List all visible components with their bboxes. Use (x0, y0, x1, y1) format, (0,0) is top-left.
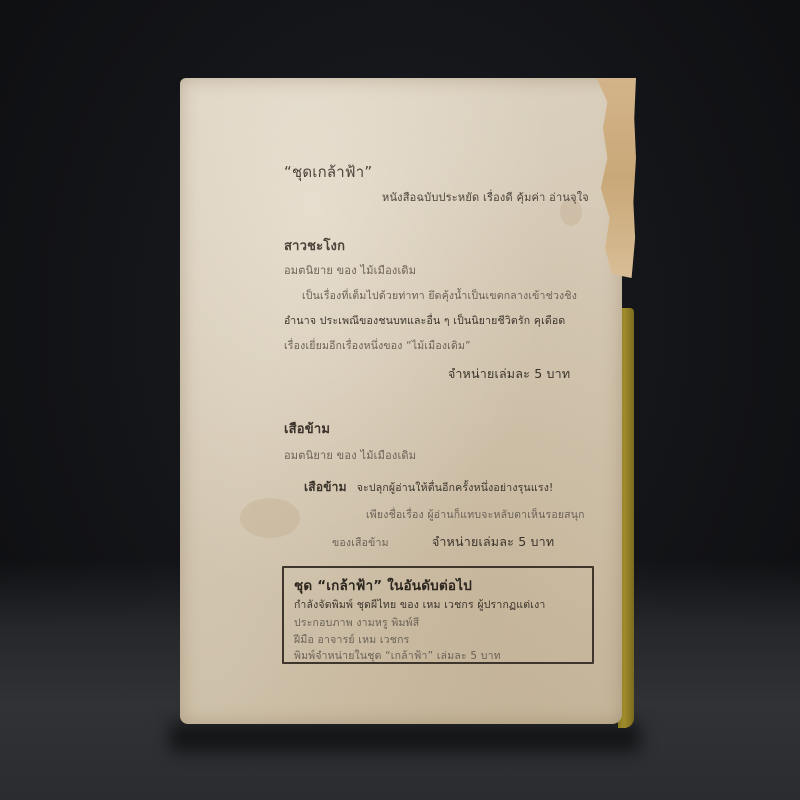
upcoming-line: ประกอบภาพ งามหรู พิมพ์สี (294, 614, 419, 631)
book-1-description-line: อำนาจ ประเพณีของชนบทและอื่น ๆ เป็นนิยายช… (284, 312, 565, 329)
book-2-description-text: จะปลุกผู้อ่านให้ตื่นอีกครั้งหนึ่งอย่างรุ… (357, 482, 554, 494)
book-2-description-line: ของเสือข้าม (332, 534, 389, 551)
upcoming-series-box: ชุด “เกล้าฟ้า” ในอันดับต่อไป กำลังจัดพิม… (282, 566, 594, 664)
book-2-title: เสือข้าม (284, 418, 330, 439)
upcoming-line: ฝีมือ อาจารย์ เหม เวชกร (294, 631, 409, 648)
book-1-description-line: เรื่องเยี่ยมอีกเรื่องหนึ่งของ “ไม้เมืองเ… (284, 337, 471, 354)
upcoming-line: พิมพ์จำหน่ายในชุด “เกล้าฟ้า” เล่มละ 5 บา… (294, 647, 501, 664)
upcoming-line: กำลังจัดพิมพ์ ชุดผีไทย ของ เหม เวชกร ผู้… (294, 596, 546, 613)
book-2-description-line: เสือข้ามจะปลุกผู้อ่านให้ตื่นอีกครั้งหนึ่… (304, 478, 553, 497)
book-1-description-line: เป็นเรื่องที่เต็มไปด้วยท่าทา ยึดคุ้งน้ำเ… (302, 287, 577, 304)
series-title: “ชุดเกล้าฟ้า” (284, 160, 372, 184)
back-cover: “ชุดเกล้าฟ้า” หนังสือฉบับประหยัด เรื่องด… (180, 78, 622, 724)
book-2-price: จำหน่ายเล่มละ 5 บาท (432, 532, 554, 552)
upcoming-title: ชุด “เกล้าฟ้า” ในอันดับต่อไป (294, 574, 472, 596)
book-2-author: อมตนิยาย ของ ไม้เมืองเดิม (284, 446, 416, 464)
book-1-title: สาวชะโงก (284, 235, 345, 256)
book-2-description-line: เพียงชื่อเรื่อง ผู้อ่านก็แทบจะหลับตาเห็น… (366, 506, 585, 523)
paper-stain (240, 498, 300, 538)
book-1-price: จำหน่ายเล่มละ 5 บาท (448, 364, 570, 384)
book-1-author: อมตนิยาย ของ ไม้เมืองเดิม (284, 261, 416, 279)
series-tagline: หนังสือฉบับประหยัด เรื่องดี คุ้มค่า อ่าน… (382, 188, 589, 206)
book: “ชุดเกล้าฟ้า” หนังสือฉบับประหยัด เรื่องด… (180, 78, 634, 724)
book-shadow (170, 722, 640, 752)
book-2-title-highlight: เสือข้าม (304, 480, 347, 494)
